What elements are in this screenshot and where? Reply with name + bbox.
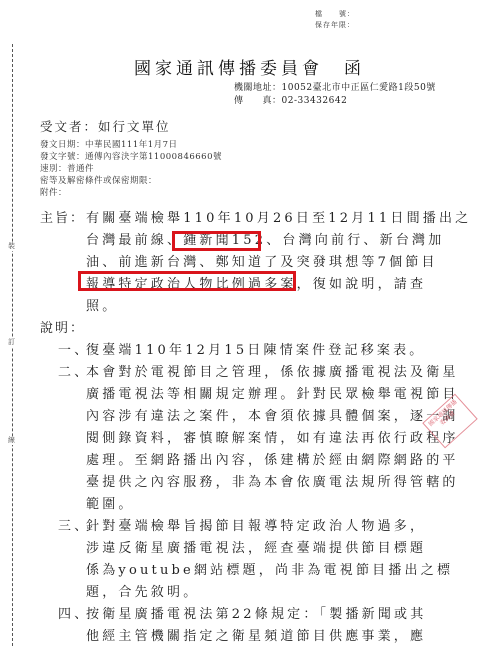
binding-mark-zhuang: 裝 bbox=[8, 242, 15, 251]
secrecy-level: 密等及解密條件或保密期限： bbox=[40, 176, 157, 188]
subject-label: 主旨： bbox=[40, 206, 85, 232]
doc-number: 發文字號：通傳內容決字第11000846660號 bbox=[40, 152, 222, 164]
item-line: 臺提供之內容服務，非為本會依廣電法規所得管轄的 bbox=[86, 470, 459, 496]
agency-fax: 傳 真：02-33432642 bbox=[234, 95, 347, 108]
recipient: 受文者：如行文單位 bbox=[40, 117, 171, 135]
highlight-box-program bbox=[172, 231, 261, 251]
agency-address: 機關地址：10052臺北市中正區仁愛路1段50號 bbox=[234, 82, 436, 95]
delivery-speed: 速別：普通件 bbox=[40, 164, 94, 176]
subject-line: 照。 bbox=[86, 294, 118, 320]
highlight-box-case bbox=[78, 271, 296, 291]
attachment: 附件： bbox=[40, 188, 67, 200]
binding-mark-ding: 訂 bbox=[8, 338, 15, 347]
issue-date: 發文日期：中華民國111年1月7日 bbox=[40, 140, 178, 152]
archive-file-no: 檔 號： bbox=[315, 9, 355, 19]
archive-retention: 保存年限： bbox=[315, 20, 355, 30]
item-line: 他經主管機關指定之衛星頻道節目供應事業，應 bbox=[86, 624, 426, 650]
document-title: 國家通訊傳播委員會 函 bbox=[134, 54, 365, 79]
binding-mark-xian: 線 bbox=[8, 436, 15, 445]
